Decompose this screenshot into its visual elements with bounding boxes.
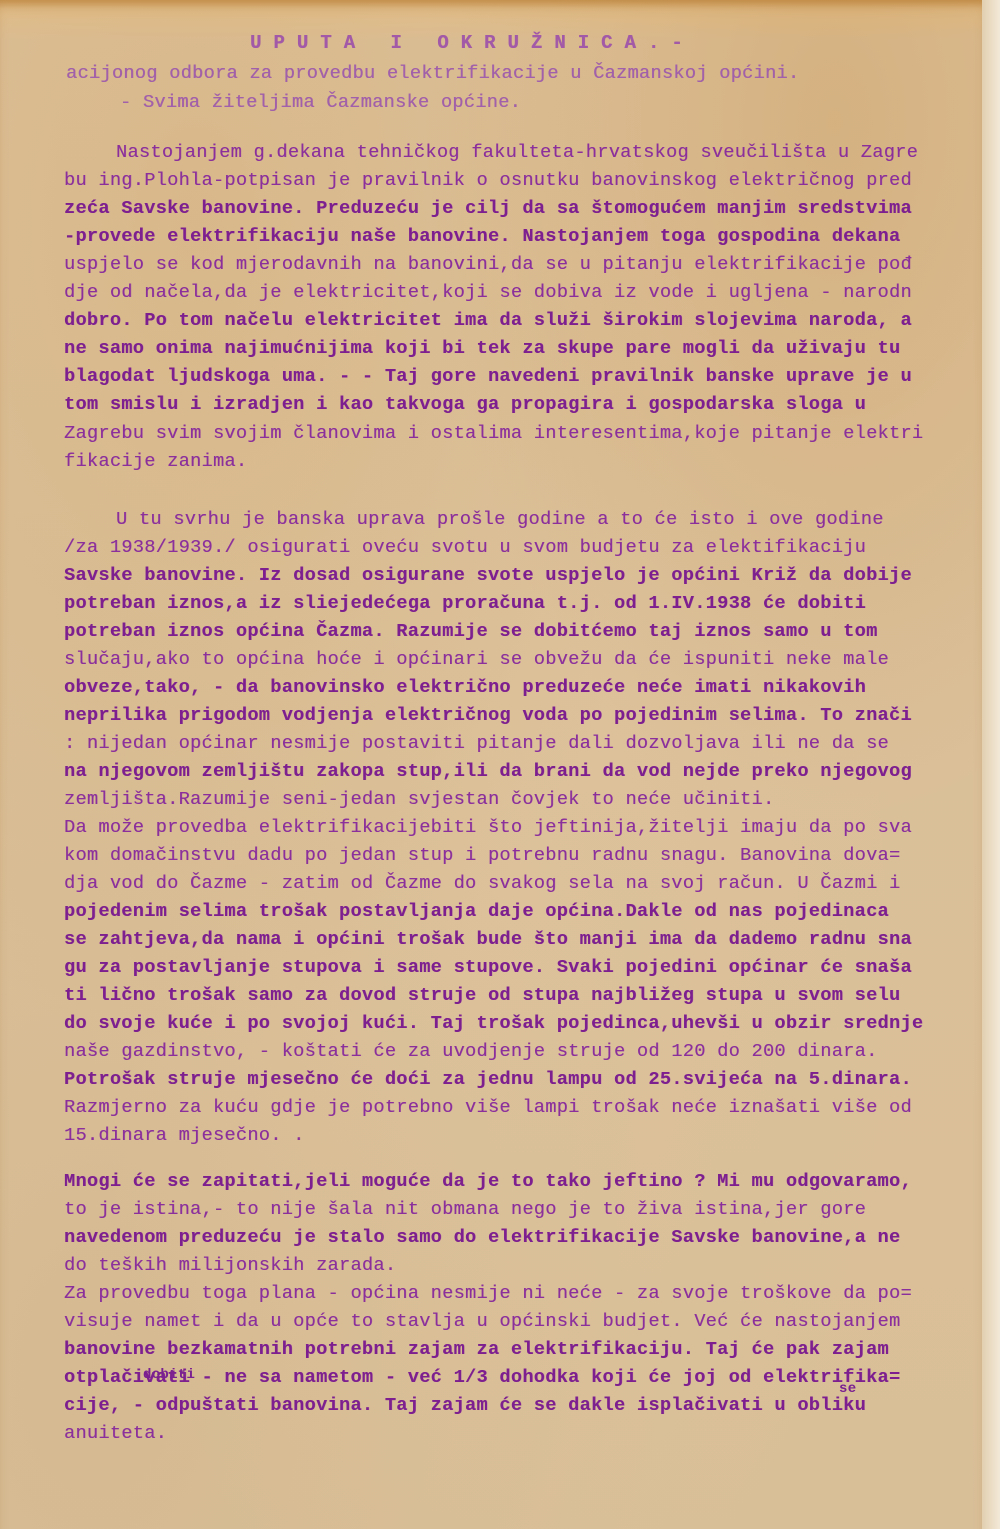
document-line: Za provedbu toga plana - općina nesmije … bbox=[64, 1283, 912, 1304]
document-line: visuje namet i da u opće to stavlja u op… bbox=[64, 1311, 900, 1332]
typewritten-document: UPUTA I OKRUŽNICA.- acijonog odbora za p… bbox=[0, 0, 982, 1529]
document-line: Razmjerno za kuću gdje je potrebno više … bbox=[64, 1097, 912, 1118]
document-line: dje od načela,da je elektricitet,koji se… bbox=[64, 282, 912, 303]
document-line: Savske banovine. Iz dosad osigurane svot… bbox=[64, 565, 912, 586]
document-line: gu za postavljanje stupova i same stupov… bbox=[64, 957, 912, 978]
document-line: se zahtjeva,da nama i općini trošak bude… bbox=[64, 929, 912, 950]
document-line: ne samo onima najimućnijima koji bi tek … bbox=[64, 338, 900, 359]
document-line: potreban iznos općina Čazma. Razumije se… bbox=[64, 621, 878, 642]
document-line: 15.dinara mjesečno. . bbox=[64, 1125, 305, 1146]
document-line: Nastojanjem g.dekana tehničkog fakulteta… bbox=[116, 142, 918, 163]
document-line: na njegovom zemljištu zakopa stup,ili da… bbox=[64, 761, 912, 782]
document-line: dja vod do Čazme - zatim od Čazme do sva… bbox=[64, 873, 900, 894]
interlinear-insert-dobiti: dobiti bbox=[143, 1367, 195, 1383]
document-line: -provede elektrifikaciju naše banovine. … bbox=[64, 226, 900, 247]
document-line: Zagrebu svim svojim članovima i ostalima… bbox=[64, 423, 923, 444]
document-line: kom domačinstvu dadu po jedan stup i pot… bbox=[64, 845, 900, 866]
document-line: do teških milijonskih zarada. bbox=[64, 1255, 396, 1276]
document-line: banovine bezkamatnih potrebni zajam za e… bbox=[64, 1339, 889, 1360]
document-subtitle: acijonog odbora za provedbu elektrifikac… bbox=[66, 63, 799, 84]
document-line: neprilika prigodom vodjenja električnog … bbox=[64, 705, 912, 726]
document-line: bu ing.Plohla-potpisan je pravilnik o os… bbox=[64, 170, 912, 191]
interlinear-insert-se: se bbox=[839, 1381, 856, 1397]
document-line: potreban iznos,a iz sliejedećega proraču… bbox=[64, 593, 866, 614]
document-line: blagodat ljudskoga uma. - - Taj gore nav… bbox=[64, 366, 912, 387]
document-line: Potrošak struje mjesečno će doći za jedn… bbox=[64, 1069, 912, 1090]
document-line: do svoje kuće i po svojoj kući. Taj troš… bbox=[64, 1013, 923, 1034]
document-line: Mnogi će se zapitati,jeli moguće da je t… bbox=[64, 1171, 912, 1192]
document-line: fikacije zanima. bbox=[64, 451, 247, 472]
document-line: anuiteta. bbox=[64, 1423, 167, 1444]
document-line: uspjelo se kod mjerodavnih na banovini,d… bbox=[64, 254, 912, 275]
document-line: pojedenim selima trošak postavljanja daj… bbox=[64, 901, 889, 922]
document-line: to je istina,- to nije šala nit obmana n… bbox=[64, 1199, 866, 1220]
document-line: naše gazdinstvo, - koštati će za uvodjen… bbox=[64, 1041, 878, 1062]
document-line: slučaju,ako to općina hoće i općinari se… bbox=[64, 649, 889, 670]
document-line: tom smislu i izradjen i kao takvoga ga p… bbox=[64, 394, 866, 415]
document-line: : nijedan općinar nesmije postaviti pita… bbox=[64, 733, 889, 754]
document-line: ti lično trošak samo za dovod struje od … bbox=[64, 985, 900, 1006]
document-title: UPUTA I OKRUŽNICA.- bbox=[250, 32, 695, 54]
document-line: cije, - odpuštati banovina. Taj zajam će… bbox=[64, 1395, 866, 1416]
document-line: obveze,tako, - da banovinsko električno … bbox=[64, 677, 866, 698]
document-line: zeća Savske banovine. Preduzeću je cilj … bbox=[64, 198, 912, 219]
document-line: navedenom preduzeću je stalo samo do ele… bbox=[64, 1227, 900, 1248]
document-addressee: - Svima žiteljima Čazmanske općine. bbox=[120, 92, 521, 113]
scan-edge bbox=[982, 0, 1000, 1529]
document-line: zemljišta.Razumije seni-jedan svjestan č… bbox=[64, 789, 774, 810]
document-line: /za 1938/1939./ osigurati oveću svotu u … bbox=[64, 537, 866, 558]
document-line: dobro. Po tom načelu elektricitet ima da… bbox=[64, 310, 912, 331]
document-line: Da može provedba elektrifikacijebiti što… bbox=[64, 817, 912, 838]
document-line: U tu svrhu je banska uprava prošle godin… bbox=[116, 509, 884, 530]
